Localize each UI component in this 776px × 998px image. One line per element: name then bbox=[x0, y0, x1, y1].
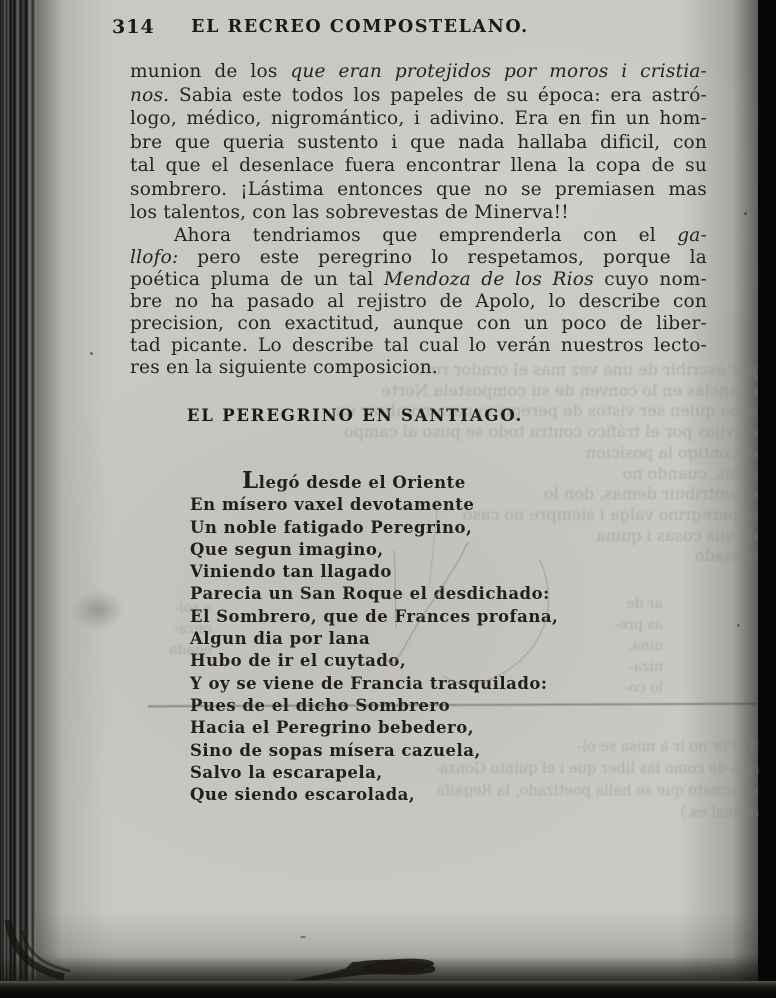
ink-speck bbox=[218, 795, 222, 799]
paragraph: munion de los que eran protejidos por mo… bbox=[130, 60, 707, 225]
poem-line: Un noble fatigado Peregrino, bbox=[190, 517, 610, 539]
poem-line: Sino de sopas mísera cazuela, bbox=[190, 740, 610, 762]
poem-line: Algun dia por lana bbox=[190, 628, 610, 650]
ink-speck bbox=[744, 212, 747, 215]
poem-line: Viniendo tan llagado bbox=[190, 561, 610, 583]
poem-line: Llegó desde el Oriente bbox=[190, 470, 610, 494]
poem-line: Hacia el Peregrino bebedero, bbox=[190, 717, 610, 739]
text-line: llofo: pero este peregrino lo respetamos… bbox=[130, 247, 707, 269]
poem-line: Y oy se viene de Francia trasquilado: bbox=[190, 673, 610, 695]
text-line: bre no ha pasado al rejistro de Apolo, l… bbox=[130, 291, 707, 313]
poem-line: Que siendo escarolada, bbox=[190, 784, 610, 806]
ink-speck bbox=[90, 352, 93, 355]
book-binding-edge bbox=[0, 0, 36, 982]
text-line: sombrero. ¡Lástima entonces que no se pr… bbox=[130, 178, 707, 202]
body-paragraphs: munion de los que eran protejidos por mo… bbox=[130, 60, 707, 379]
text-line: poética pluma de un tal Mendoza de los R… bbox=[130, 269, 707, 291]
poem-line: Salvo la escarapela, bbox=[190, 762, 610, 784]
text-line: Ahora tendriamos que emprenderla con el … bbox=[130, 225, 707, 247]
poem-line: Pues de el dicho Sombrero bbox=[190, 695, 610, 717]
text-line: los talentos, con las sobrevestas de Min… bbox=[130, 201, 707, 225]
paragraph: Ahora tendriamos que emprenderla con el … bbox=[130, 225, 707, 379]
poem-line: En mísero vaxel devotamente bbox=[190, 494, 610, 516]
pencil-smudge bbox=[72, 590, 124, 630]
running-title: EL RECREO COMPOSTELANO. bbox=[135, 17, 585, 37]
text-line: res en la siguiente composicion. bbox=[130, 357, 707, 379]
poem-line: Hubo de ir el cuytado, bbox=[190, 650, 610, 672]
text-line: munion de los que eran protejidos por mo… bbox=[130, 60, 707, 84]
text-line: bre que queria sustento i que nada halla… bbox=[130, 131, 707, 155]
scanner-background-bottom bbox=[0, 981, 776, 998]
text-line: tad picante. Lo describe tal cual lo ver… bbox=[130, 335, 707, 357]
page-bottom-shadow bbox=[0, 957, 758, 981]
book-scan: por escribir de una vez mas el orador ro… bbox=[0, 0, 776, 998]
ink-speck bbox=[737, 624, 740, 627]
text-line: nos. Sabia este todos los papeles de su … bbox=[130, 84, 707, 108]
text-line: tal que el desenlace fuera encontrar lle… bbox=[130, 154, 707, 178]
text-line: logo, médico, nigromántico, i adivino. E… bbox=[130, 107, 707, 131]
text-line: precision, con exactitud, aunque con un … bbox=[130, 313, 707, 335]
scanner-background-right bbox=[759, 0, 776, 998]
ink-speck bbox=[300, 936, 306, 938]
poem-line: El Sombrero, que de Frances profana, bbox=[190, 606, 610, 628]
poem-line: Que segun imagino, bbox=[190, 539, 610, 561]
poem-line: Parecia un San Roque el desdichado: bbox=[190, 583, 610, 605]
poem: Llegó desde el OrienteEn mísero vaxel de… bbox=[190, 470, 610, 806]
binding-shadow bbox=[36, 0, 62, 982]
section-title: EL PEREGRINO EN SANTIAGO. bbox=[135, 406, 575, 425]
